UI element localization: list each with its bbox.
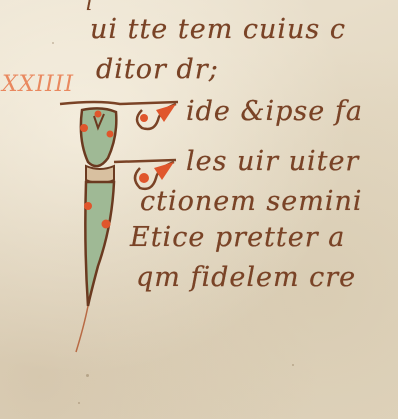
text-line-3: ide &ipse fa: [186, 96, 363, 127]
text-line-2: ditor dr;: [96, 54, 219, 85]
decorated-initial-f: [58, 96, 188, 356]
parchment-speck: [86, 374, 89, 377]
text-line-fragment: ꞁ: [86, 0, 93, 10]
parchment-speck: [292, 364, 294, 366]
parchment-speck: [52, 42, 54, 44]
text-line-4: les uir uiter: [186, 146, 359, 177]
text-line-1: ui tte tem cuius c: [90, 14, 346, 45]
parchment-speck: [78, 402, 80, 404]
rubric-chapter-numeral: XXIIII: [2, 72, 74, 97]
